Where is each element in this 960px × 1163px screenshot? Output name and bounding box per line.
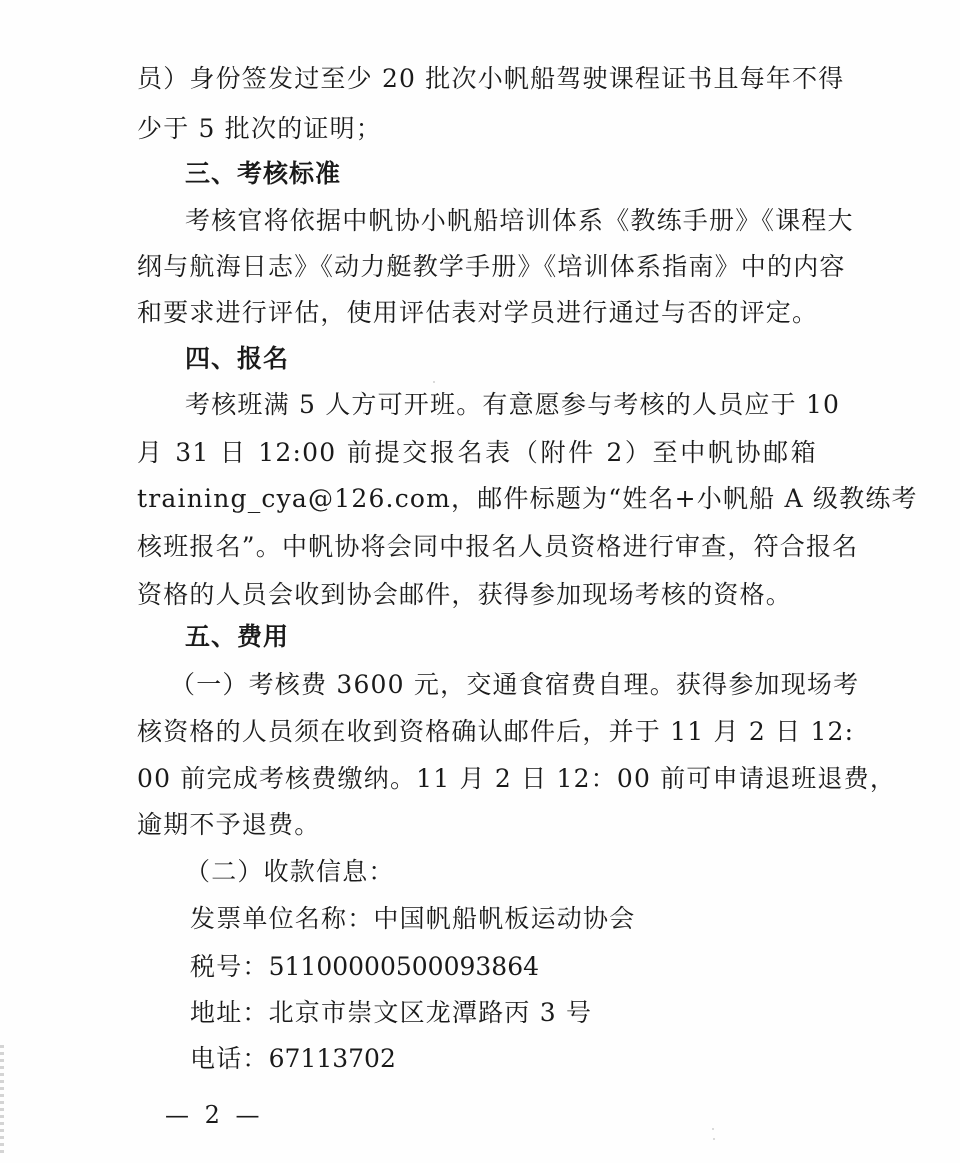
paragraph-line: （一）考核费 3600 元，交通食宿费自理。获得参加现场考 (170, 668, 817, 702)
payee-label: 发票单位名称： (190, 904, 373, 933)
phone-label: 电话： (190, 1044, 269, 1073)
page-number: — 2 — (165, 1098, 264, 1132)
paragraph-line: 考核班满 5 人方可开班。有意愿参与考核的人员应于 10 (185, 388, 817, 422)
payee-value: 中国帆船帆板运动协会 (373, 904, 635, 933)
paragraph-line: 纲与航海日志》《动力艇教学手册》《培训体系指南》中的内容 (137, 250, 817, 284)
paragraph-line: 资格的人员会收到协会邮件，获得参加现场考核的资格。 (137, 578, 817, 612)
tax-number-label: 税号： (190, 952, 269, 981)
scan-artifact (713, 1138, 715, 1140)
section-heading-assessment-criteria: 三、考核标准 (185, 157, 865, 191)
document-page: 员）身份签发过至少 20 批次小帆船驾驶课程证书且每年不得 少于 5 批次的证明… (0, 0, 960, 1163)
section-heading-registration: 四、报名 (185, 342, 865, 376)
payment-info-title: （二）收款信息： (185, 855, 865, 889)
paragraph-line: 核班报名”。中帆协将会同中报名人员资格进行审查，符合报名 (137, 530, 817, 564)
paragraph-line: 月 31 日 12:00 前提交报名表（附件 2）至中帆协邮箱 (137, 436, 817, 470)
paragraph-line: 和要求进行评估，使用评估表对学员进行通过与否的评定。 (137, 296, 817, 330)
address-label: 地址： (190, 998, 269, 1027)
paragraph-line-email: training_cya@126.com，邮件标题为“姓名+小帆船 A 级教练考 (137, 482, 817, 516)
address-row: 地址：北京市崇文区龙潭路丙 3 号 (190, 996, 870, 1030)
tax-number-value: 51100000500093864 (269, 952, 539, 981)
paragraph-line: 核资格的人员须在收到资格确认邮件后，并于 11 月 2 日 12: (137, 715, 817, 749)
paragraph-line: 逾期不予退费。 (137, 808, 817, 842)
paragraph-line: 员）身份签发过至少 20 批次小帆船驾驶课程证书且每年不得 (137, 62, 817, 96)
scan-binding-marks (0, 1045, 4, 1155)
paragraph-line: 少于 5 批次的证明； (137, 112, 817, 146)
paragraph-line: 考核官将依据中帆协小帆船培训体系《教练手册》《课程大 (185, 204, 817, 238)
address-value: 北京市崇文区龙潭路丙 3 号 (269, 998, 593, 1027)
payee-row: 发票单位名称：中国帆船帆板运动协会 (190, 902, 870, 936)
section-heading-fees: 五、费用 (185, 620, 865, 654)
tax-number-row: 税号：51100000500093864 (190, 950, 870, 984)
paragraph-line: 00 前完成考核费缴纳。11 月 2 日 12：00 前可申请退班退费， (137, 762, 817, 796)
scan-artifact (712, 1128, 714, 1130)
phone-row: 电话：67113702 (190, 1042, 870, 1076)
phone-value: 67113702 (269, 1044, 396, 1073)
scan-artifact (433, 381, 435, 383)
